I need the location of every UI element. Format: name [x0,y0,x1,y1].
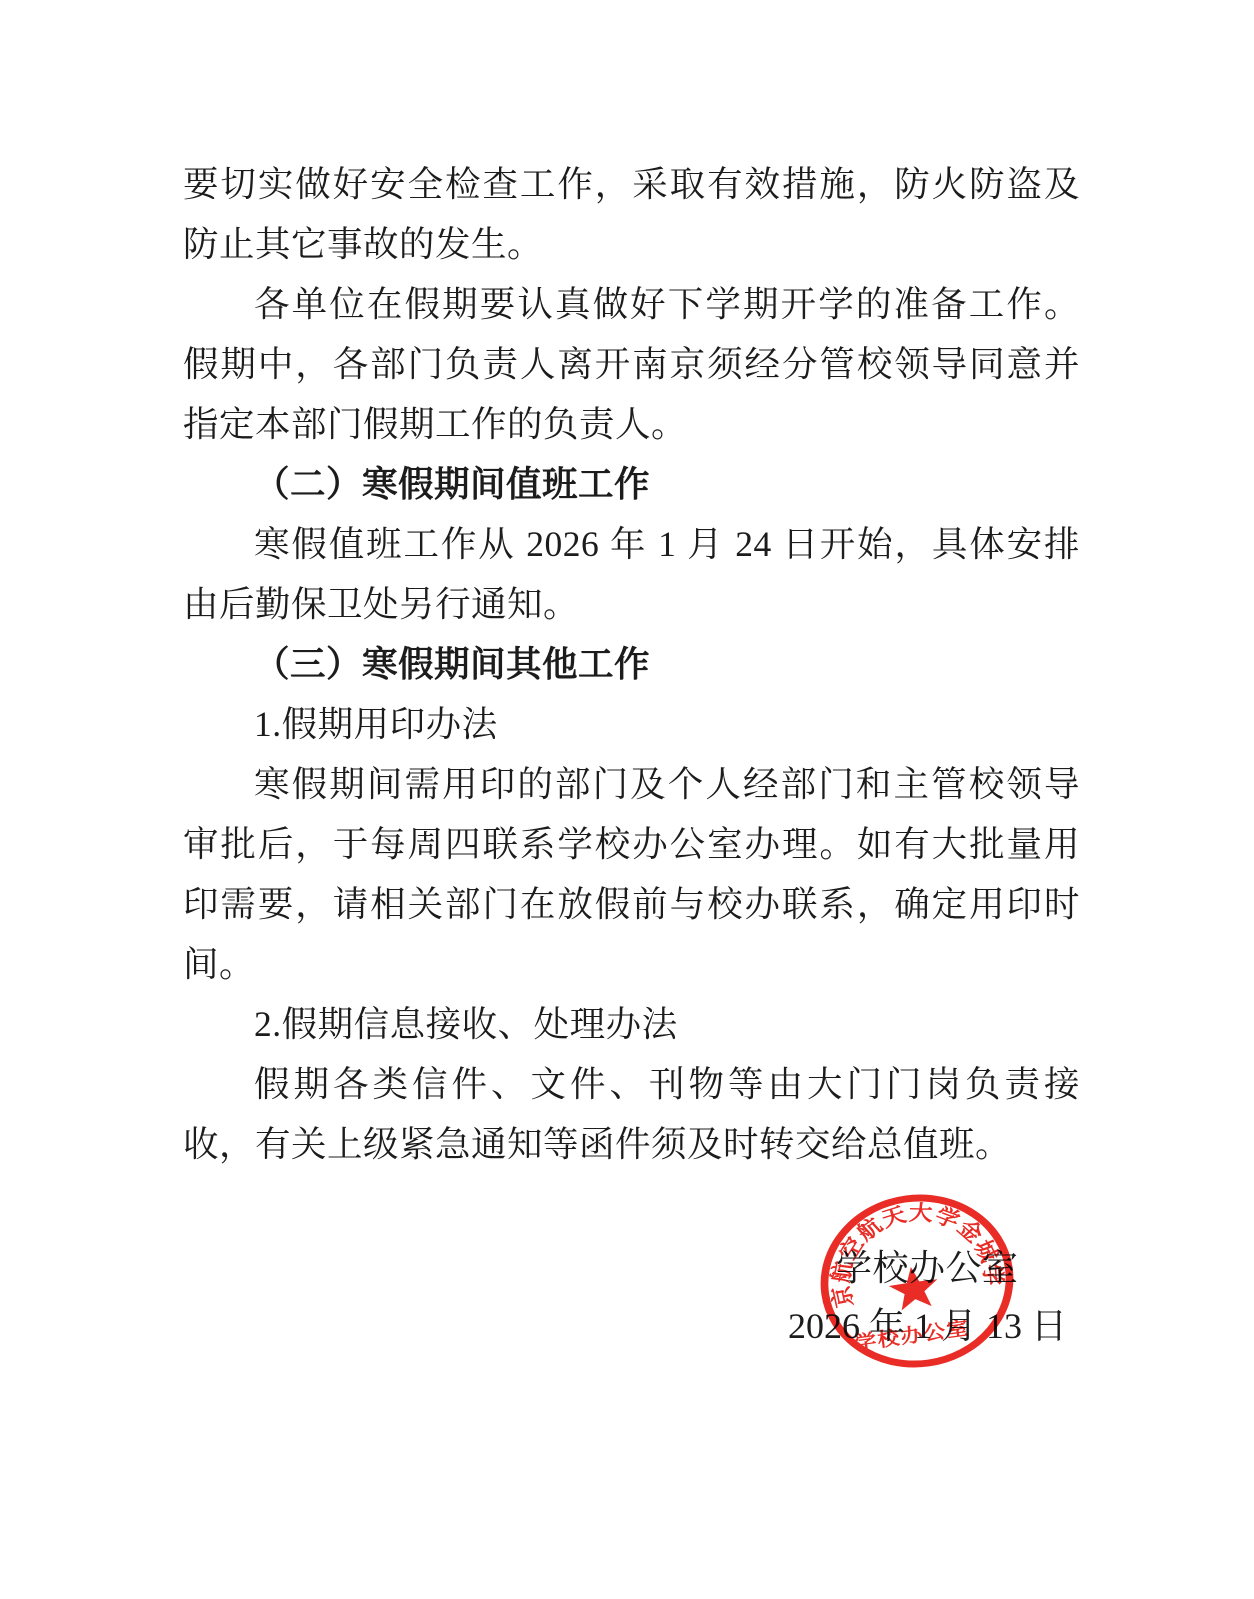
star-icon [887,1264,941,1312]
paragraph: 各单位在假期要认真做好下学期开学的准备工作。假期中，各部门负责人离开南京须经分管… [183,274,1080,454]
section-heading: （三）寒假期间其他工作 [183,634,1080,694]
section-heading: （二）寒假期间值班工作 [183,454,1080,514]
paragraph: 寒假值班工作从 2026 年 1 月 24 日开始，具体安排由后勤保卫处另行通知… [183,514,1080,634]
paragraph: 寒假期间需用印的部门及个人经部门和主管校领导审批后，于每周四联系学校办公室办理。… [183,754,1080,994]
document-body: 要切实做好安全检查工作，采取有效措施，防火防盗及防止其它事故的发生。 各单位在假… [183,154,1080,1174]
paragraph: 1.假期用印办法 [183,694,1080,754]
official-seal: 南京航空航天大学金城学院 学校办公室 [817,1191,1017,1375]
paragraph: 假期各类信件、文件、刊物等由大门门岗负责接收，有关上级紧急通知等函件须及时转交给… [183,1054,1080,1174]
document-page: 要切实做好安全检查工作，采取有效措施，防火防盗及防止其它事故的发生。 各单位在假… [0,0,1254,1599]
paragraph: 2.假期信息接收、处理办法 [183,994,1080,1054]
paragraph: 要切实做好安全检查工作，采取有效措施，防火防盗及防止其它事故的发生。 [183,154,1080,274]
seal-bottom-text: 学校办公室 [853,1316,971,1355]
